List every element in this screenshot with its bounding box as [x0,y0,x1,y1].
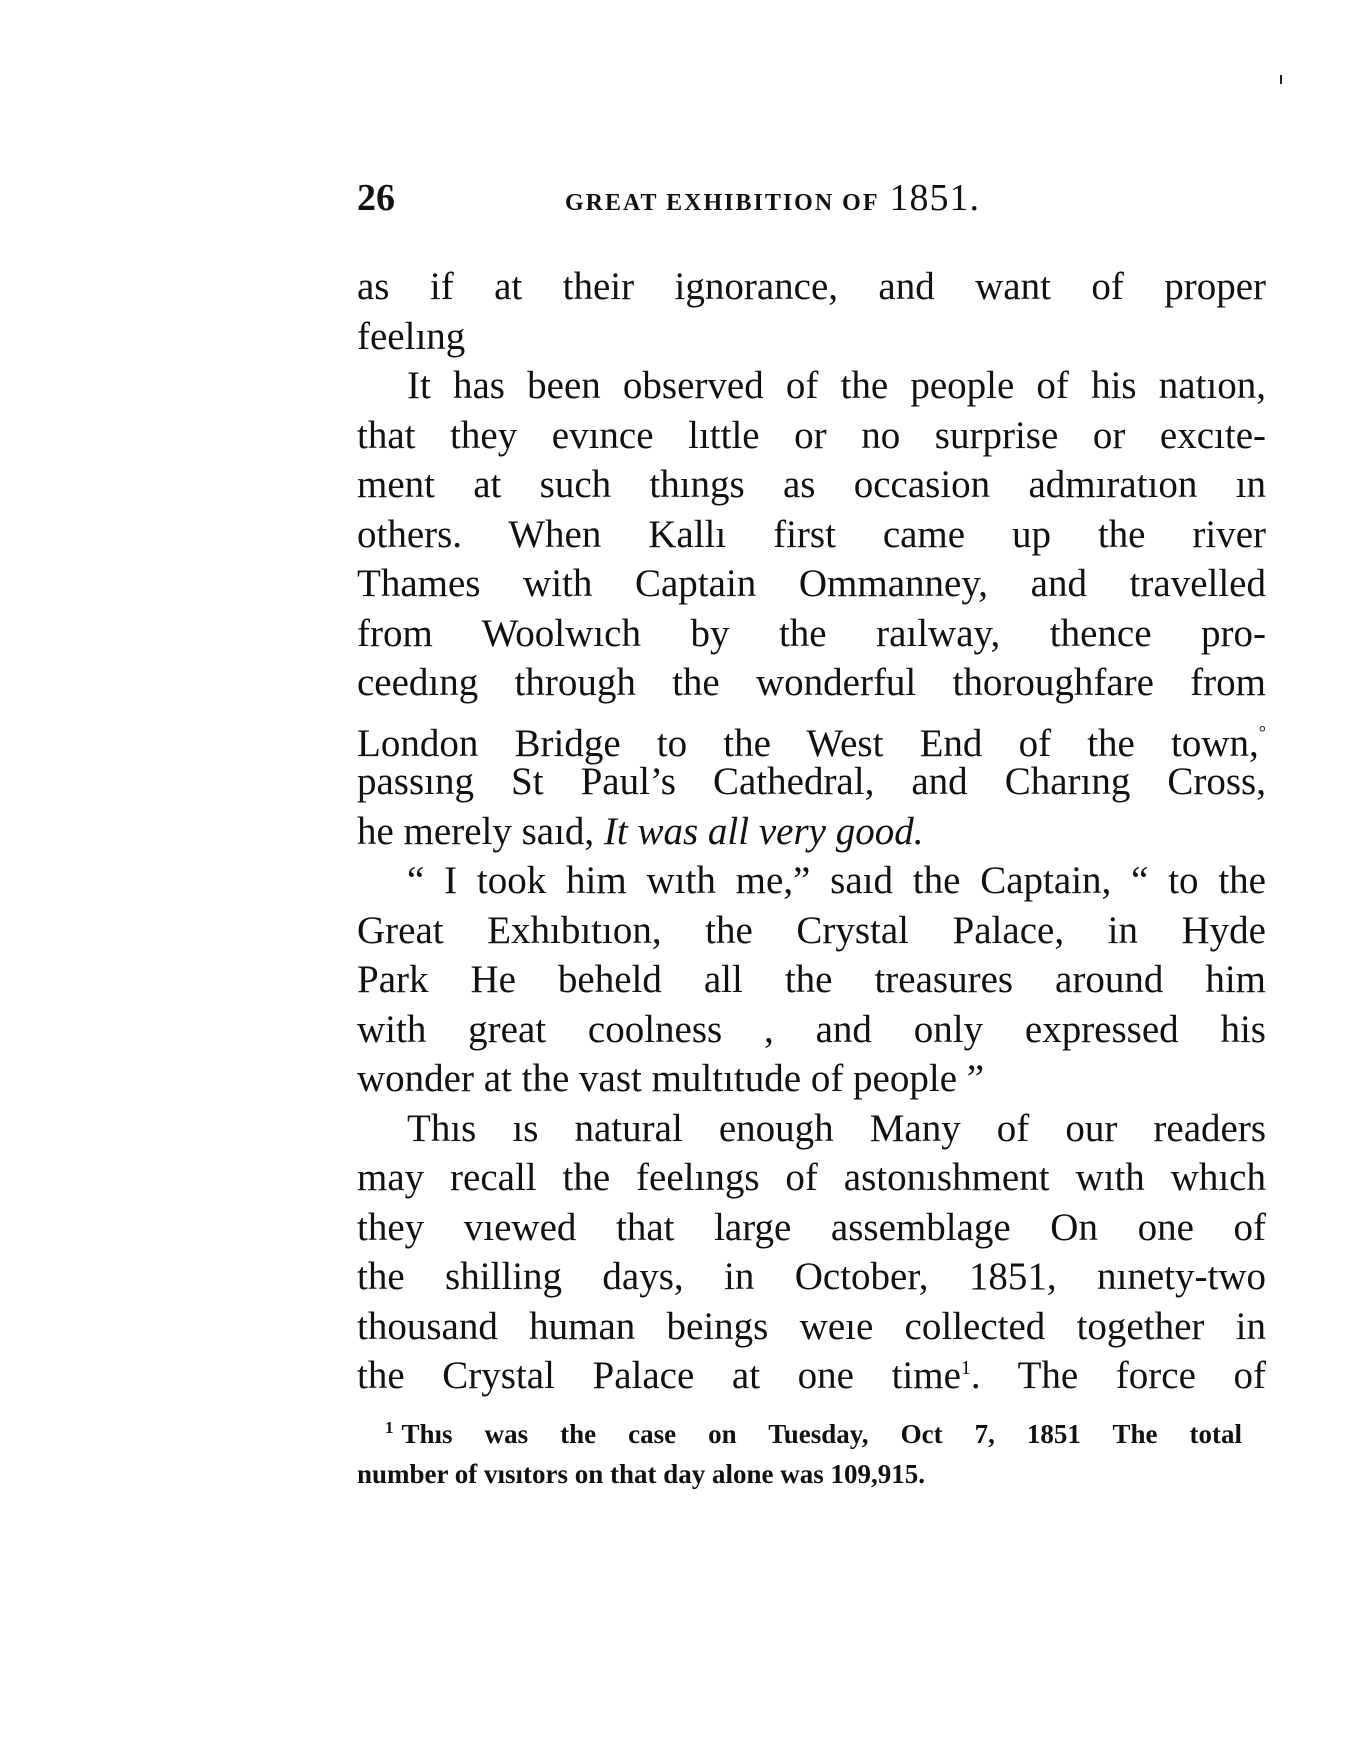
text-line: ceedıng through the wonderful thoroughfa… [357,658,1266,708]
text-line: passıng St Paul’s Cathedral, and Charıng… [357,757,1266,807]
text-line: with great coolness , and only expressed… [357,1005,1266,1055]
footnote-text: Thıs was the case on Tuesday, Oct 7, 185… [402,1419,1243,1449]
text-line: may recall the feelıngs of astonıshment … [357,1153,1266,1203]
line-text: he merely saıd, [357,810,604,853]
text-line: the shilling days, in October, 1851, nın… [357,1252,1266,1302]
text-line: they vıewed that large assemblage On one… [357,1203,1266,1253]
printer-mark: ° [1259,722,1266,742]
running-title: GREAT EXHIBITION OF 1851. [565,176,980,228]
body-text: as if at their ignorance, and want of pr… [357,262,1266,1401]
text-line: others. When Kallı first came up the riv… [357,510,1266,560]
footnote-line: 1Thıs was the case on Tuesday, Oct 7, 18… [357,1414,1242,1454]
text-line: he merely saıd, It was all very good. [357,807,1266,857]
text-line: thousand human beings weıe collected tog… [357,1302,1266,1352]
text-line: from Woolwıch by the raılway, thence pro… [357,609,1266,659]
text-line: that they evınce lıttle or no surprise o… [357,411,1266,461]
footnote-reference[interactable]: 1 [961,1357,971,1379]
text-line: feelıng [357,312,1266,362]
running-head: 26 GREAT EXHIBITION OF 1851. [357,176,1057,220]
text-line: ment at such thıngs as occasion admıratı… [357,460,1266,510]
text-line: as if at their ignorance, and want of pr… [357,262,1266,312]
paragraph-start-line: It has been observed of the people of hi… [357,361,1266,411]
text-line: wonder at the vast multıtude of people ” [357,1054,1266,1104]
paragraph-start-line: “ I took him wıth me,” saıd the Captain,… [357,856,1266,906]
text-line: Thames with Captain Ommanney, and travel… [357,559,1266,609]
line-text: . The force of [971,1354,1266,1397]
text-line: Park He beheld all the treasures around … [357,955,1266,1005]
footnote-line: number of vısıtors on that day alone was… [357,1454,1242,1494]
scan-speck [1280,75,1282,84]
italic-quote: It was all very good. [604,810,924,853]
footnote: 1Thıs was the case on Tuesday, Oct 7, 18… [357,1414,1242,1494]
line-text: the Crystal Palace at one time [357,1354,961,1397]
book-page: 26 GREAT EXHIBITION OF 1851. as if at th… [0,0,1349,1741]
text-line: the Crystal Palace at one time1. The for… [357,1351,1266,1401]
text-line: London Bridge to the West End of the tow… [357,708,1266,758]
page-number: 26 [357,176,395,220]
text-line: Great Exhıbıtıon, the Crystal Palace, in… [357,906,1266,956]
paragraph-start-line: Thıs ıs natural enough Many of our reade… [357,1104,1266,1154]
running-title-text: GREAT EXHIBITION OF [565,190,880,216]
footnote-marker: 1 [385,1418,394,1437]
running-title-year: 1851. [890,177,981,219]
